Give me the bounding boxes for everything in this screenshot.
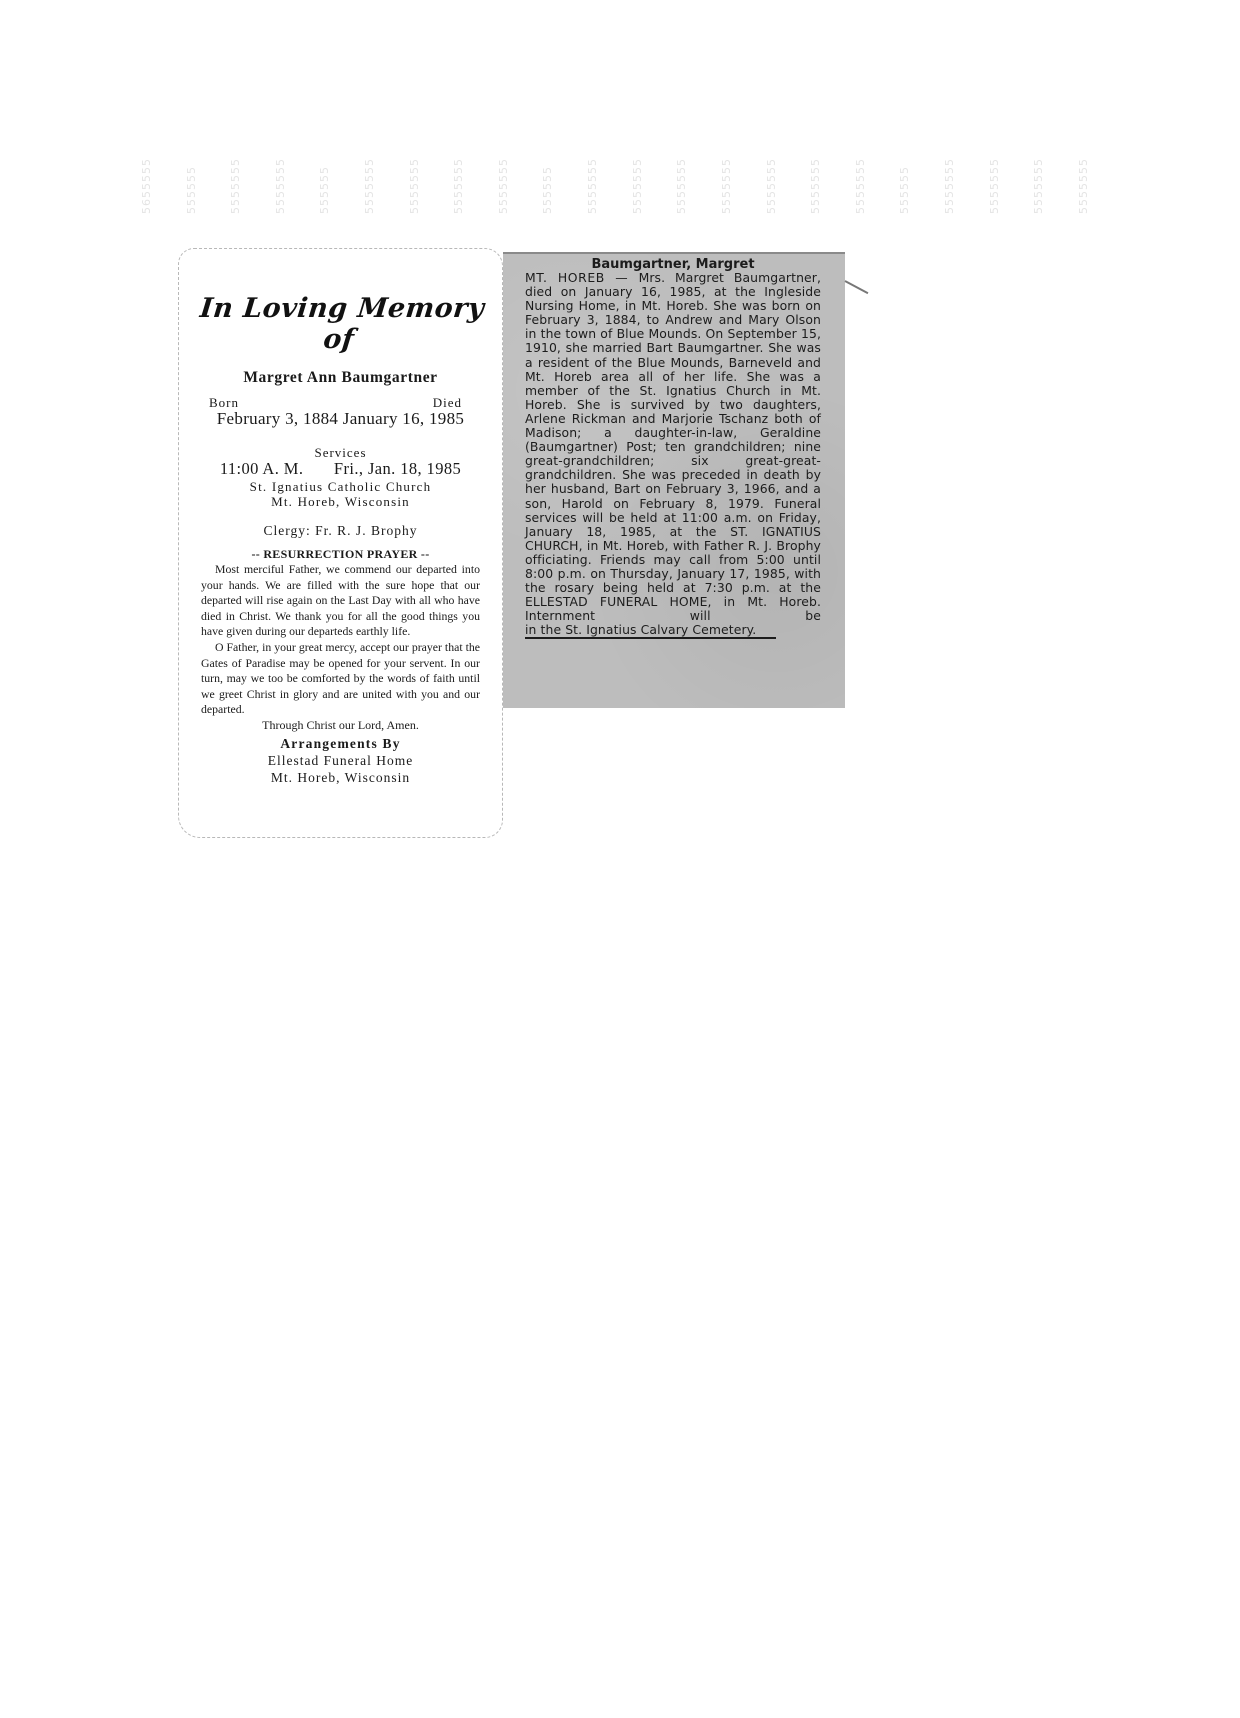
obituary-body: MT. HOREB — Mrs. Margret Baumgartner, di… xyxy=(525,271,821,639)
bleed-column: 5555555 xyxy=(765,128,778,214)
bleed-column: 5555555 xyxy=(229,128,242,214)
bleed-column: 5555555 xyxy=(408,128,421,214)
clergy: Clergy: Fr. R. J. Brophy xyxy=(179,523,502,539)
bleed-column: 5555555 xyxy=(1032,128,1045,214)
memorial-card: In Loving Memory of Margret Ann Baumgart… xyxy=(178,248,503,838)
bleed-column: 5555555 xyxy=(809,128,822,214)
service-datetime: 11:00 A. M. Fri., Jan. 18, 1985 xyxy=(179,459,502,479)
arrangements-label: Arrangements By xyxy=(179,735,502,752)
bleed-column: 555555 xyxy=(185,128,198,214)
obituary-last-line: in the St. Ignatius Calvary Cemetery. xyxy=(525,623,776,639)
obituary-text: Mrs. Margret Baumgartner, died on Januar… xyxy=(525,270,821,623)
arrangements: Arrangements By Ellestad Funeral Home Mt… xyxy=(179,735,502,786)
bleed-column: 5555555 xyxy=(497,128,510,214)
life-dates: February 3, 1884 January 16, 1985 xyxy=(179,409,502,429)
bleed-column: 5555555 xyxy=(363,128,376,214)
prayer-closing: Through Christ our Lord, Amen. xyxy=(179,718,502,733)
deceased-name: Margret Ann Baumgartner xyxy=(179,369,502,387)
born-date: February 3, 1884 xyxy=(217,409,338,428)
church-name: St. Ignatius Catholic Church xyxy=(179,479,502,494)
bleed-column: 555555 xyxy=(541,128,554,214)
prayer-text: Most merciful Father, we commend our dep… xyxy=(179,562,502,718)
bleed-column: 5555555 xyxy=(586,128,599,214)
bleed-column: 555555 xyxy=(318,128,331,214)
bleed-column: 5555555 xyxy=(988,128,1001,214)
pencil-mark xyxy=(845,280,869,294)
church-city: Mt. Horeb, Wisconsin xyxy=(179,494,502,509)
bleed-column: 555555 xyxy=(898,128,911,214)
bleed-column: 5555555 xyxy=(452,128,465,214)
bleed-column: 5555555 xyxy=(720,128,733,214)
bleed-column: 5555555 xyxy=(1077,128,1090,214)
service-time: 11:00 A. M. xyxy=(220,459,304,478)
bleed-column: 5555555 xyxy=(274,128,287,214)
funeral-home: Ellestad Funeral Home xyxy=(179,752,502,769)
service-date: Fri., Jan. 18, 1985 xyxy=(334,459,461,478)
card-heading: In Loving Memory of xyxy=(176,293,506,355)
bleed-through-text: 5655555 555555 5555555 5555555 555555 55… xyxy=(140,128,1090,214)
bleed-column: 5555555 xyxy=(854,128,867,214)
obituary-clipping: Baumgartner, Margret MT. HOREB — Mrs. Ma… xyxy=(503,252,845,708)
prayer-paragraph: Most merciful Father, we commend our dep… xyxy=(201,562,480,640)
bleed-column: 5555555 xyxy=(943,128,956,214)
bleed-column: 5555555 xyxy=(675,128,688,214)
prayer-title: -- RESURRECTION PRAYER -- xyxy=(179,547,502,562)
funeral-home-city: Mt. Horeb, Wisconsin xyxy=(179,769,502,786)
bleed-column: 5555555 xyxy=(631,128,644,214)
obituary-dateline: MT. HOREB — xyxy=(525,270,639,285)
died-date: January 16, 1985 xyxy=(343,409,464,428)
bleed-column: 5655555 xyxy=(140,128,153,214)
prayer-paragraph: O Father, in your great mercy, accept ou… xyxy=(201,640,480,718)
